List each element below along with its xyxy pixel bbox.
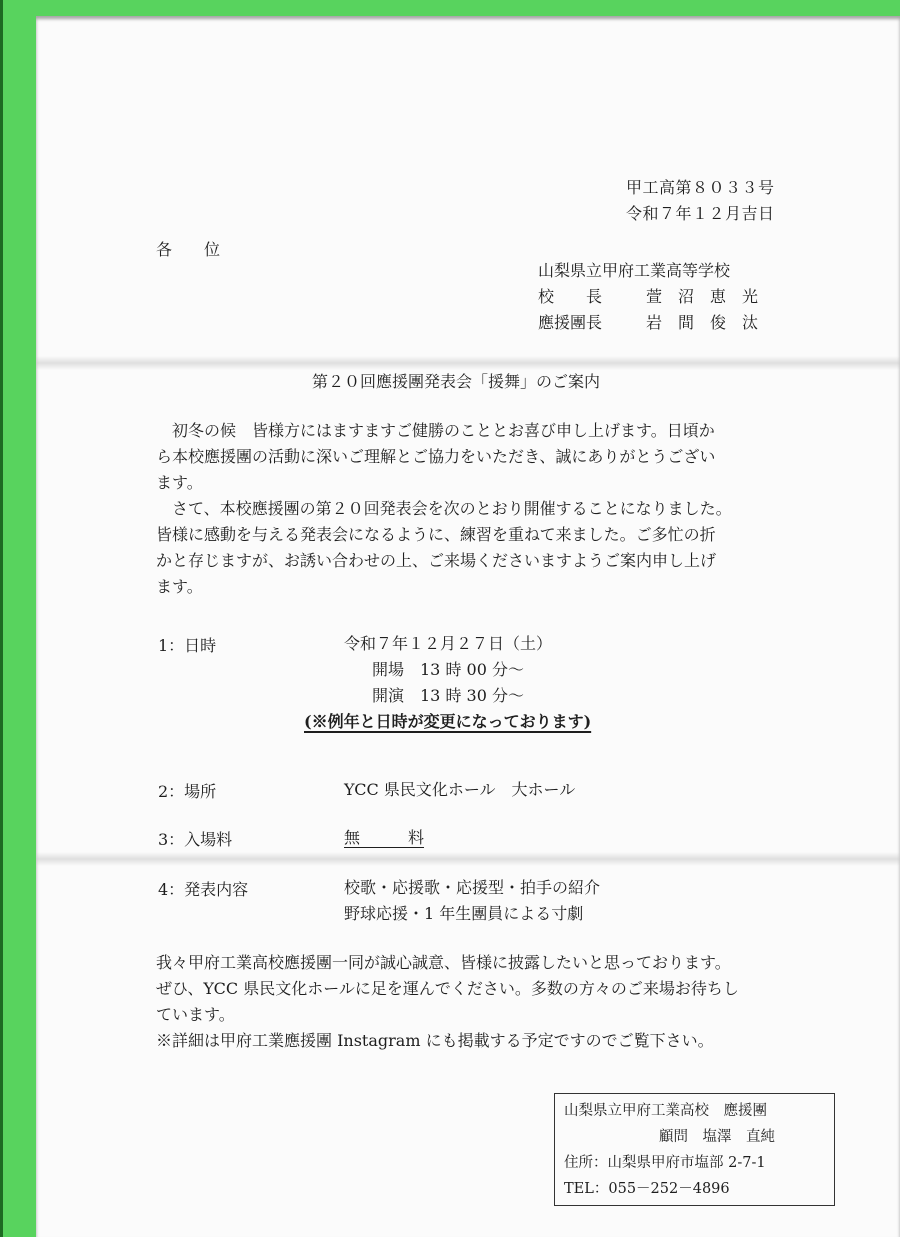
program-line: 野球応援・1 年生團員による寸劇 bbox=[344, 904, 583, 924]
document-title: 第２０回應援團発表会「援舞」のご案内 bbox=[312, 372, 600, 392]
issue-date: 令和７年１２月吉日 bbox=[626, 204, 775, 224]
greeting-line: 皆様に感動を与える発表会になるように、練習を重ねて来ました。ご多忙の折 bbox=[156, 522, 716, 548]
fold-crease bbox=[36, 852, 900, 866]
event-date: 令和７年１２月２７日（土） bbox=[344, 634, 552, 654]
item-label-datetime: 1：日時 bbox=[158, 636, 216, 656]
closing-line: ※詳細は甲府工業應援團 Instagram にも掲載する予定ですのでご覧下さい。 bbox=[156, 1028, 714, 1054]
closing-line: ぜひ、YCC 県民文化ホールに足を運んでください。多数の方々のご来場お待ちし bbox=[156, 976, 739, 1002]
sender-school: 山梨県立甲府工業高等学校 bbox=[538, 261, 730, 281]
greeting-line: さて、本校應援團の第２０回発表会を次のとおり開催することになりました。 bbox=[156, 496, 732, 522]
leader-name: 岩 間 俊 汰 bbox=[646, 313, 758, 333]
contact-tel: TEL：055－252－4896 bbox=[564, 1180, 730, 1198]
contact-address: 住所：山梨県甲府市塩部 2-7-1 bbox=[564, 1154, 766, 1172]
schedule-change-note: (※例年と日時が変更になっております) bbox=[304, 712, 591, 732]
item-label-fee: 3：入場料 bbox=[158, 830, 232, 850]
fold-crease bbox=[36, 356, 900, 370]
scan-edge bbox=[0, 0, 3, 1237]
principal-title: 校 長 bbox=[538, 287, 602, 307]
program-line: 校歌・応援歌・応援型・拍手の紹介 bbox=[344, 878, 600, 898]
closing-line: 我々甲府工業高校應援團一同が誠心誠意、皆様に披露したいと思っております。 bbox=[156, 950, 731, 976]
greeting-line: かと存じますが、お誘い合わせの上、ご来場くださいますようご案内申し上げ bbox=[156, 548, 716, 574]
doors-open-time: 開場 13 時 00 分〜 bbox=[372, 660, 524, 680]
closing-line: ています。 bbox=[156, 1002, 235, 1028]
addressee: 各 位 bbox=[156, 240, 220, 260]
item-label-program: 4：発表内容 bbox=[158, 880, 248, 900]
fee-value: 無 料 bbox=[344, 828, 424, 848]
venue-value: YCC 県民文化ホール 大ホール bbox=[344, 780, 575, 800]
letter-page: 甲工高第８０３３号 令和７年１２月吉日 各 位 山梨県立甲府工業高等学校 校 長… bbox=[36, 16, 900, 1237]
contact-advisor: 顧問 塩澤 直純 bbox=[659, 1128, 775, 1146]
principal-name: 萱 沼 恵 光 bbox=[646, 287, 758, 307]
contact-box: 山梨県立甲府工業高校 應援團 顧問 塩澤 直純 住所：山梨県甲府市塩部 2-7-… bbox=[554, 1093, 835, 1206]
show-start-time: 開演 13 時 30 分〜 bbox=[372, 686, 524, 706]
greeting-line: ます。 bbox=[156, 470, 203, 496]
greeting-line: 初冬の候 皆様方にはますますご健勝のこととお喜び申し上げます。日頃か bbox=[156, 418, 715, 444]
contact-org: 山梨県立甲府工業高校 應援團 bbox=[564, 1102, 767, 1120]
leader-title: 應援團長 bbox=[538, 313, 602, 333]
item-label-venue: 2：場所 bbox=[158, 782, 216, 802]
reference-number: 甲工高第８０３３号 bbox=[626, 178, 775, 198]
greeting-line: ます。 bbox=[156, 574, 203, 600]
greeting-line: ら本校應援團の活動に深いご理解とご協力をいただき、誠にありがとうござい bbox=[156, 444, 715, 470]
